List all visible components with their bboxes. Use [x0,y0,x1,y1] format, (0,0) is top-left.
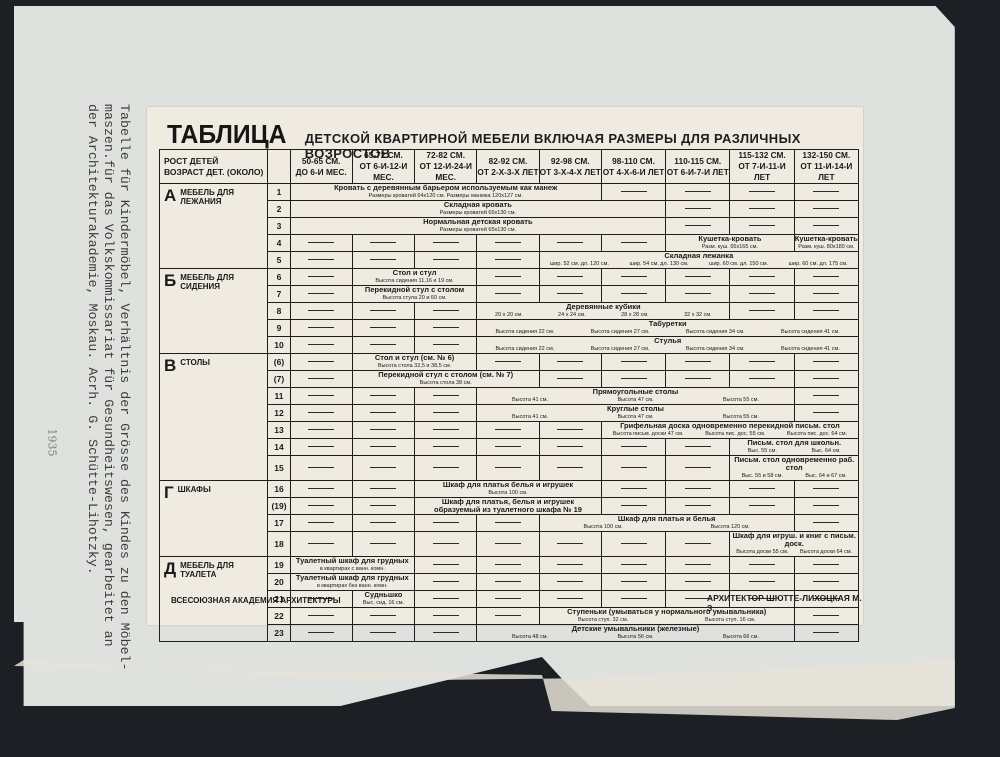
col-header: 50-65 СМ.ДО 6-И МЕС. [290,150,352,184]
col-header: 92-98 СМ.ОТ 3-Х-4-Х ЛЕТ [539,150,601,184]
section-g: ГШКАФЫ [160,481,268,557]
col-header: 110-115 СМ.ОТ 6-И-7-И ЛЕТ [666,150,730,184]
pencil-date: 1935 [46,429,59,457]
typed-line-1: Tabelle für Kindermöbel, Verhältnis der … [116,104,132,704]
typed-caption: Tabelle für Kindermöbel, Verhältnis der … [38,104,136,704]
typed-line-3: der Architekturakademie, Moskau. Acrh. G… [84,104,100,704]
table-row: ДМЕБЕЛЬ ДЛЯ ТУАЛЕТА 19 Туалетный шкаф дл… [160,557,859,574]
table-row: БМЕБЕЛЬ ДЛЯ СИДЕНИЯ 6 Стол и стулВысота … [160,269,859,286]
header-row: РОСТ ДЕТЕЙВОЗРАСТ ДЕТ. (ОКОЛО) 50-65 СМ.… [160,150,859,184]
col-header: 72-82 СМ.ОТ 12-И-24-И МЕС. [415,150,477,184]
col-header: 98-110 СМ.ОТ 4-Х-6-И ЛЕТ [601,150,665,184]
table-row: ГШКАФЫ 16 Шкаф для платья белья и игруше… [160,481,859,498]
col-header: 65-72 СМ.ОТ 6-И-12-И МЕС. [352,150,414,184]
table-row: АМЕБЕЛЬ ДЛЯ ЛЕЖАНИЯ 1 Кровать с деревянн… [160,184,859,201]
col-header: 82-92 СМ.ОТ 2-Х-3-Х ЛЕТ [477,150,539,184]
col-header: 115-132 СМ.ОТ 7-И-11-И ЛЕТ [730,150,794,184]
table-row: ВСТОЛЫ (6) Стол и стул (см. № 6)Высота с… [160,354,859,371]
furniture-table-card: ТАБЛИЦА ДЕТСКОЙ КВАРТИРНОЙ МЕБЕЛИ ВКЛЮЧА… [147,107,863,625]
title-main: ТАБЛИЦА [167,119,286,150]
col-header: 132-150 СМ.ОТ 11-И-14-И ЛЕТ [794,150,858,184]
section-a: АМЕБЕЛЬ ДЛЯ ЛЕЖАНИЯ [160,184,268,269]
typed-line-2: maszen.für das Volkskommissariat für Ges… [100,104,116,704]
section-v: ВСТОЛЫ [160,354,268,481]
footer-architect: АРХИТЕКТОР ШЮТТЕ-ЛИХОЦКАЯ М. З. [707,593,863,613]
header-height-age: РОСТ ДЕТЕЙВОЗРАСТ ДЕТ. (ОКОЛО) [160,150,268,184]
section-b: БМЕБЕЛЬ ДЛЯ СИДЕНИЯ [160,269,268,354]
furniture-size-table: РОСТ ДЕТЕЙВОЗРАСТ ДЕТ. (ОКОЛО) 50-65 СМ.… [159,149,859,642]
footer-academy: ВСЕСОЮЗНАЯ АКАДЕМИЯ АРХИТЕКТУРЫ [171,596,341,605]
